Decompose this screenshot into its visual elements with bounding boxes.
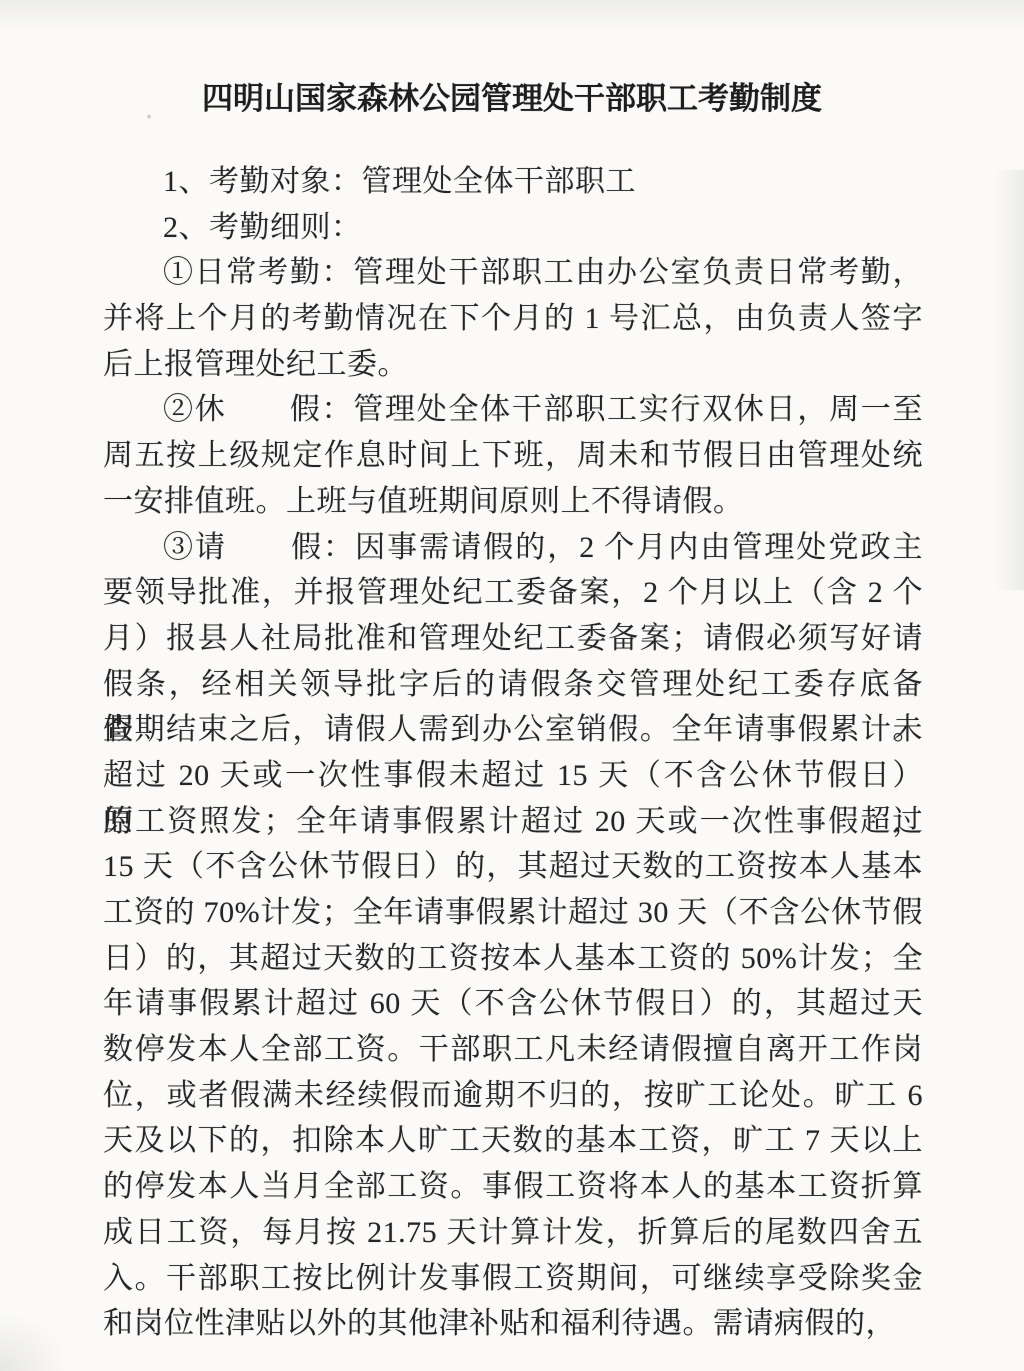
- document-line: 入。干部职工按比例计发事假工资期间，可继续享受除奖金: [103, 1256, 923, 1302]
- document-line: 2、考勤细则：: [103, 205, 923, 251]
- document-line: 假期结束之后，请假人需到办公室销假。全年请事假累计未: [103, 707, 923, 753]
- document-line: 一安排值班。上班与值班期间原则上不得请假。: [103, 479, 923, 525]
- document-line: ②休 假：管理处全体干部职工实行双休日，周一至: [103, 387, 923, 433]
- document-line: 15 天（不含公休节假日）的，其超过天数的工资按本人基本: [103, 844, 923, 890]
- scan-shadow-right: [994, 170, 1024, 590]
- document-line: 的停发本人当月全部工资。事假工资将本人的基本工资折算: [103, 1164, 923, 1210]
- document-line: 日）的，其超过天数的工资按本人基本工资的 50%计发；全: [103, 936, 923, 982]
- document-line: 月）报县人社局批准和管理处纪工委备案；请假必须写好请: [103, 616, 923, 662]
- document-line: 工资的 70%计发；全年请事假累计超过 30 天（不含公休节假: [103, 890, 923, 936]
- document-title: 四明山国家森林公园管理处干部职工考勤制度: [0, 73, 1024, 118]
- document-line: 周五按上级规定作息时间上下班，周未和节假日由管理处统: [103, 433, 923, 479]
- document-line: 超过 20 天或一次性事假未超过 15 天（不含公休节假日）的，: [103, 753, 923, 799]
- document-line: ③请 假：因事需请假的，2 个月内由管理处党政主: [103, 525, 923, 571]
- document-line: 成日工资，每月按 21.75 天计算计发，折算后的尾数四舍五: [103, 1210, 923, 1256]
- document-line: 和岗位性津贴以外的其他津补贴和福利待遇。需请病假的，: [103, 1301, 923, 1347]
- document-body: 1、考勤对象：管理处全体干部职工2、考勤细则：①日常考勤：管理处干部职工由办公室…: [103, 159, 923, 1347]
- document-line: 并将上个月的考勤情况在下个月的 1 号汇总，由负责人签字: [103, 296, 923, 342]
- document-line: 假条，经相关领导批字后的请假条交管理处纪工委存底备查。: [103, 662, 923, 708]
- document-line: 数停发本人全部工资。干部职工凡未经请假擅自离开工作岗: [103, 1027, 923, 1073]
- document-line: 1、考勤对象：管理处全体干部职工: [103, 159, 923, 205]
- document-line: 年请事假累计超过 60 天（不含公休节假日）的，其超过天: [103, 981, 923, 1027]
- document-line: 原工资照发；全年请事假累计超过 20 天或一次性事假超过: [103, 799, 923, 845]
- document-line: ①日常考勤：管理处干部职工由办公室负责日常考勤，: [103, 250, 923, 296]
- scan-shadow-bottom-left: [0, 1311, 70, 1371]
- scanned-document-page: 四明山国家森林公园管理处干部职工考勤制度 1、考勤对象：管理处全体干部职工2、考…: [0, 0, 1024, 1371]
- document-line: 要领导批准，并报管理处纪工委备案，2 个月以上（含 2 个: [103, 570, 923, 616]
- document-line: 后上报管理处纪工委。: [103, 342, 923, 388]
- document-line: 天及以下的，扣除本人旷工天数的基本工资，旷工 7 天以上: [103, 1118, 923, 1164]
- document-line: 位，或者假满未经续假而逾期不归的，按旷工论处。旷工 6: [103, 1073, 923, 1119]
- scan-shadow-top: [0, 0, 1024, 34]
